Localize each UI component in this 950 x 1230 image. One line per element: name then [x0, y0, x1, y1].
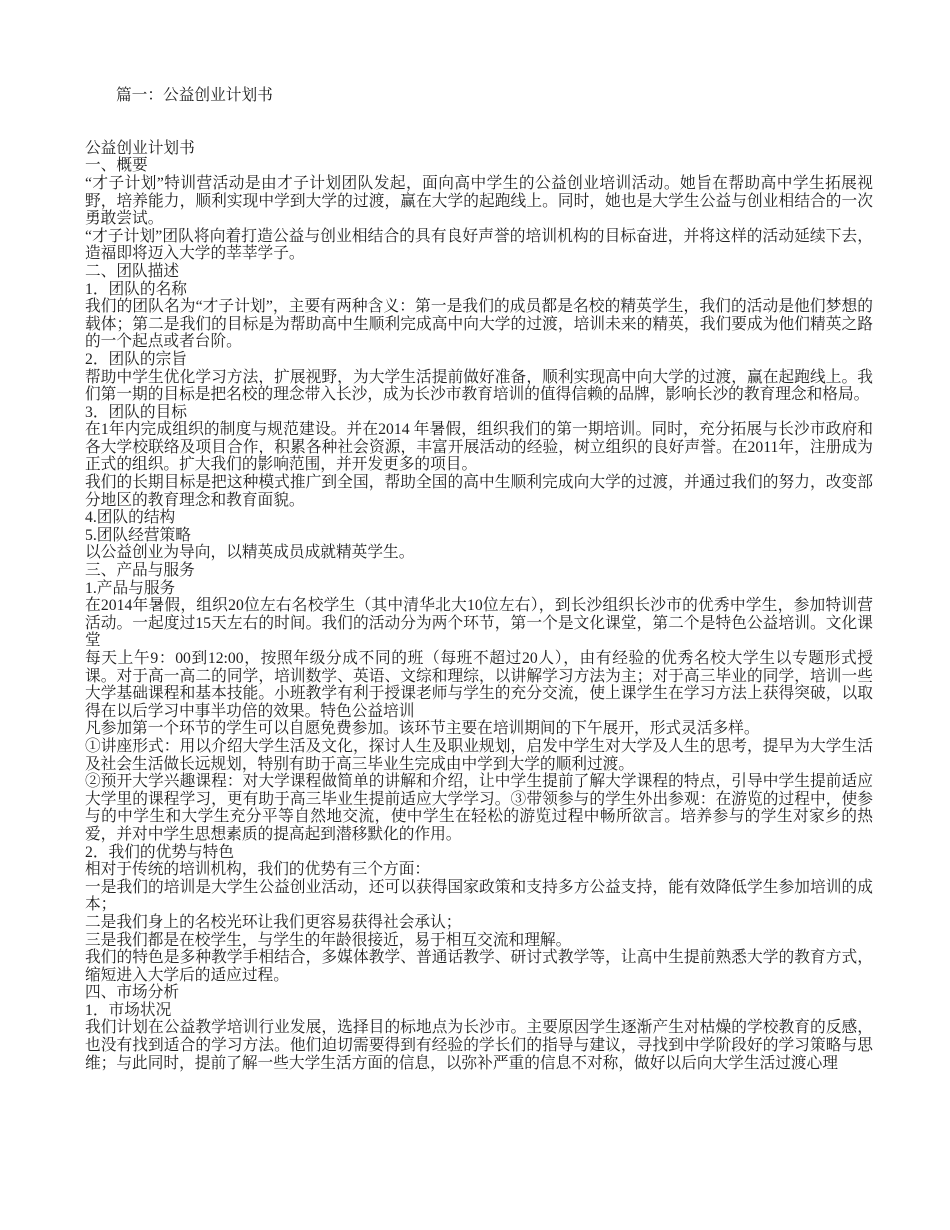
- paragraph: 三是我们都是在校学生，与学生的年龄很接近，易于相互交流和理解。: [85, 932, 873, 950]
- paragraph: 我们的长期目标是把这种模式推广到全国，帮助全国的高中生顺利完成向大学的过渡，并通…: [85, 474, 873, 509]
- paragraph: 1.产品与服务: [85, 580, 873, 598]
- paragraph: ①讲座形式：用以介绍大学生活及文化，探讨人生及职业规划，启发中学生对大学及人生的…: [85, 738, 873, 773]
- paragraph: 2．团队的宗旨: [85, 351, 873, 369]
- document-body: 篇一：公益创业计划书 公益创业计划书一、概要“才子计划”特训营活动是由才子计划团…: [85, 87, 873, 1072]
- paragraph: 1．市场状况: [85, 1002, 873, 1020]
- paragraph: 相对于传统的培训机构，我们的优势有三个方面：: [85, 861, 873, 879]
- paragraph: ②预开大学兴趣课程：对大学课程做简单的讲解和介绍，让中学生提前了解大学课程的特点…: [85, 773, 873, 843]
- paragraph: 三、产品与服务: [85, 562, 873, 580]
- doc-title: 公益创业计划书: [85, 140, 873, 158]
- paragraph: 4.团队的结构: [85, 509, 873, 527]
- paragraph: 1．团队的名称: [85, 281, 873, 299]
- paragraph: [85, 122, 873, 140]
- paragraph: 二、团队描述: [85, 263, 873, 281]
- paragraph: 在1年内完成组织的制度与规范建设。并在2014 年暑假，组织我们的第一期培训。同…: [85, 421, 873, 474]
- paragraph: 一、概要: [85, 157, 873, 175]
- paragraph: [85, 105, 873, 123]
- paragraph: 我们的特色是多种教学手相结合，多媒体教学、普通话教学、研讨式教学等，让高中生提前…: [85, 949, 873, 984]
- paragraph: 凡参加第一个环节的学生可以自愿免费参加。该环节主要在培训期间的下午展开，形式灵活…: [85, 720, 873, 738]
- paragraph: 二是我们身上的名校光环让我们更容易获得社会承认；: [85, 914, 873, 932]
- paragraph: 每天上午9：00到12:00，按照年级分成不同的班（每班不超过20人），由有经验…: [85, 650, 873, 720]
- paragraph: 在2014年暑假，组织20位左右名校学生（其中清华北大10位左右），到长沙组织长…: [85, 597, 873, 650]
- paragraph: 2．我们的优势与特色: [85, 844, 873, 862]
- page-heading: 篇一：公益创业计划书: [85, 87, 873, 105]
- paragraph: 四、市场分析: [85, 984, 873, 1002]
- paragraph: 我们的团队名为“才子计划”，主要有两种含义：第一是我们的成员都是名校的精英学生，…: [85, 298, 873, 351]
- paragraph: 帮助中学生优化学习方法，扩展视野，为大学生活提前做好准备，顺利实现高中向大学的过…: [85, 369, 873, 404]
- paragraph: “才子计划”特训营活动是由才子计划团队发起，面向高中学生的公益创业培训活动。她旨…: [85, 175, 873, 228]
- paragraph: 5.团队经营策略: [85, 527, 873, 545]
- paragraph: 一是我们的培训是大学生公益创业活动，还可以获得国家政策和支持多方公益支持，能有效…: [85, 879, 873, 914]
- paragraph: 我们计划在公益教学培训行业发展，选择目的标地点为长沙市。主要原因学生逐渐产生对枯…: [85, 1019, 873, 1072]
- paragraph: 3．团队的目标: [85, 404, 873, 422]
- paragraph: “才子计划”团队将向着打造公益与创业相结合的具有良好声誉的培训机构的目标奋进，并…: [85, 228, 873, 263]
- paragraph: 以公益创业为导向，以精英成员成就精英学生。: [85, 544, 873, 562]
